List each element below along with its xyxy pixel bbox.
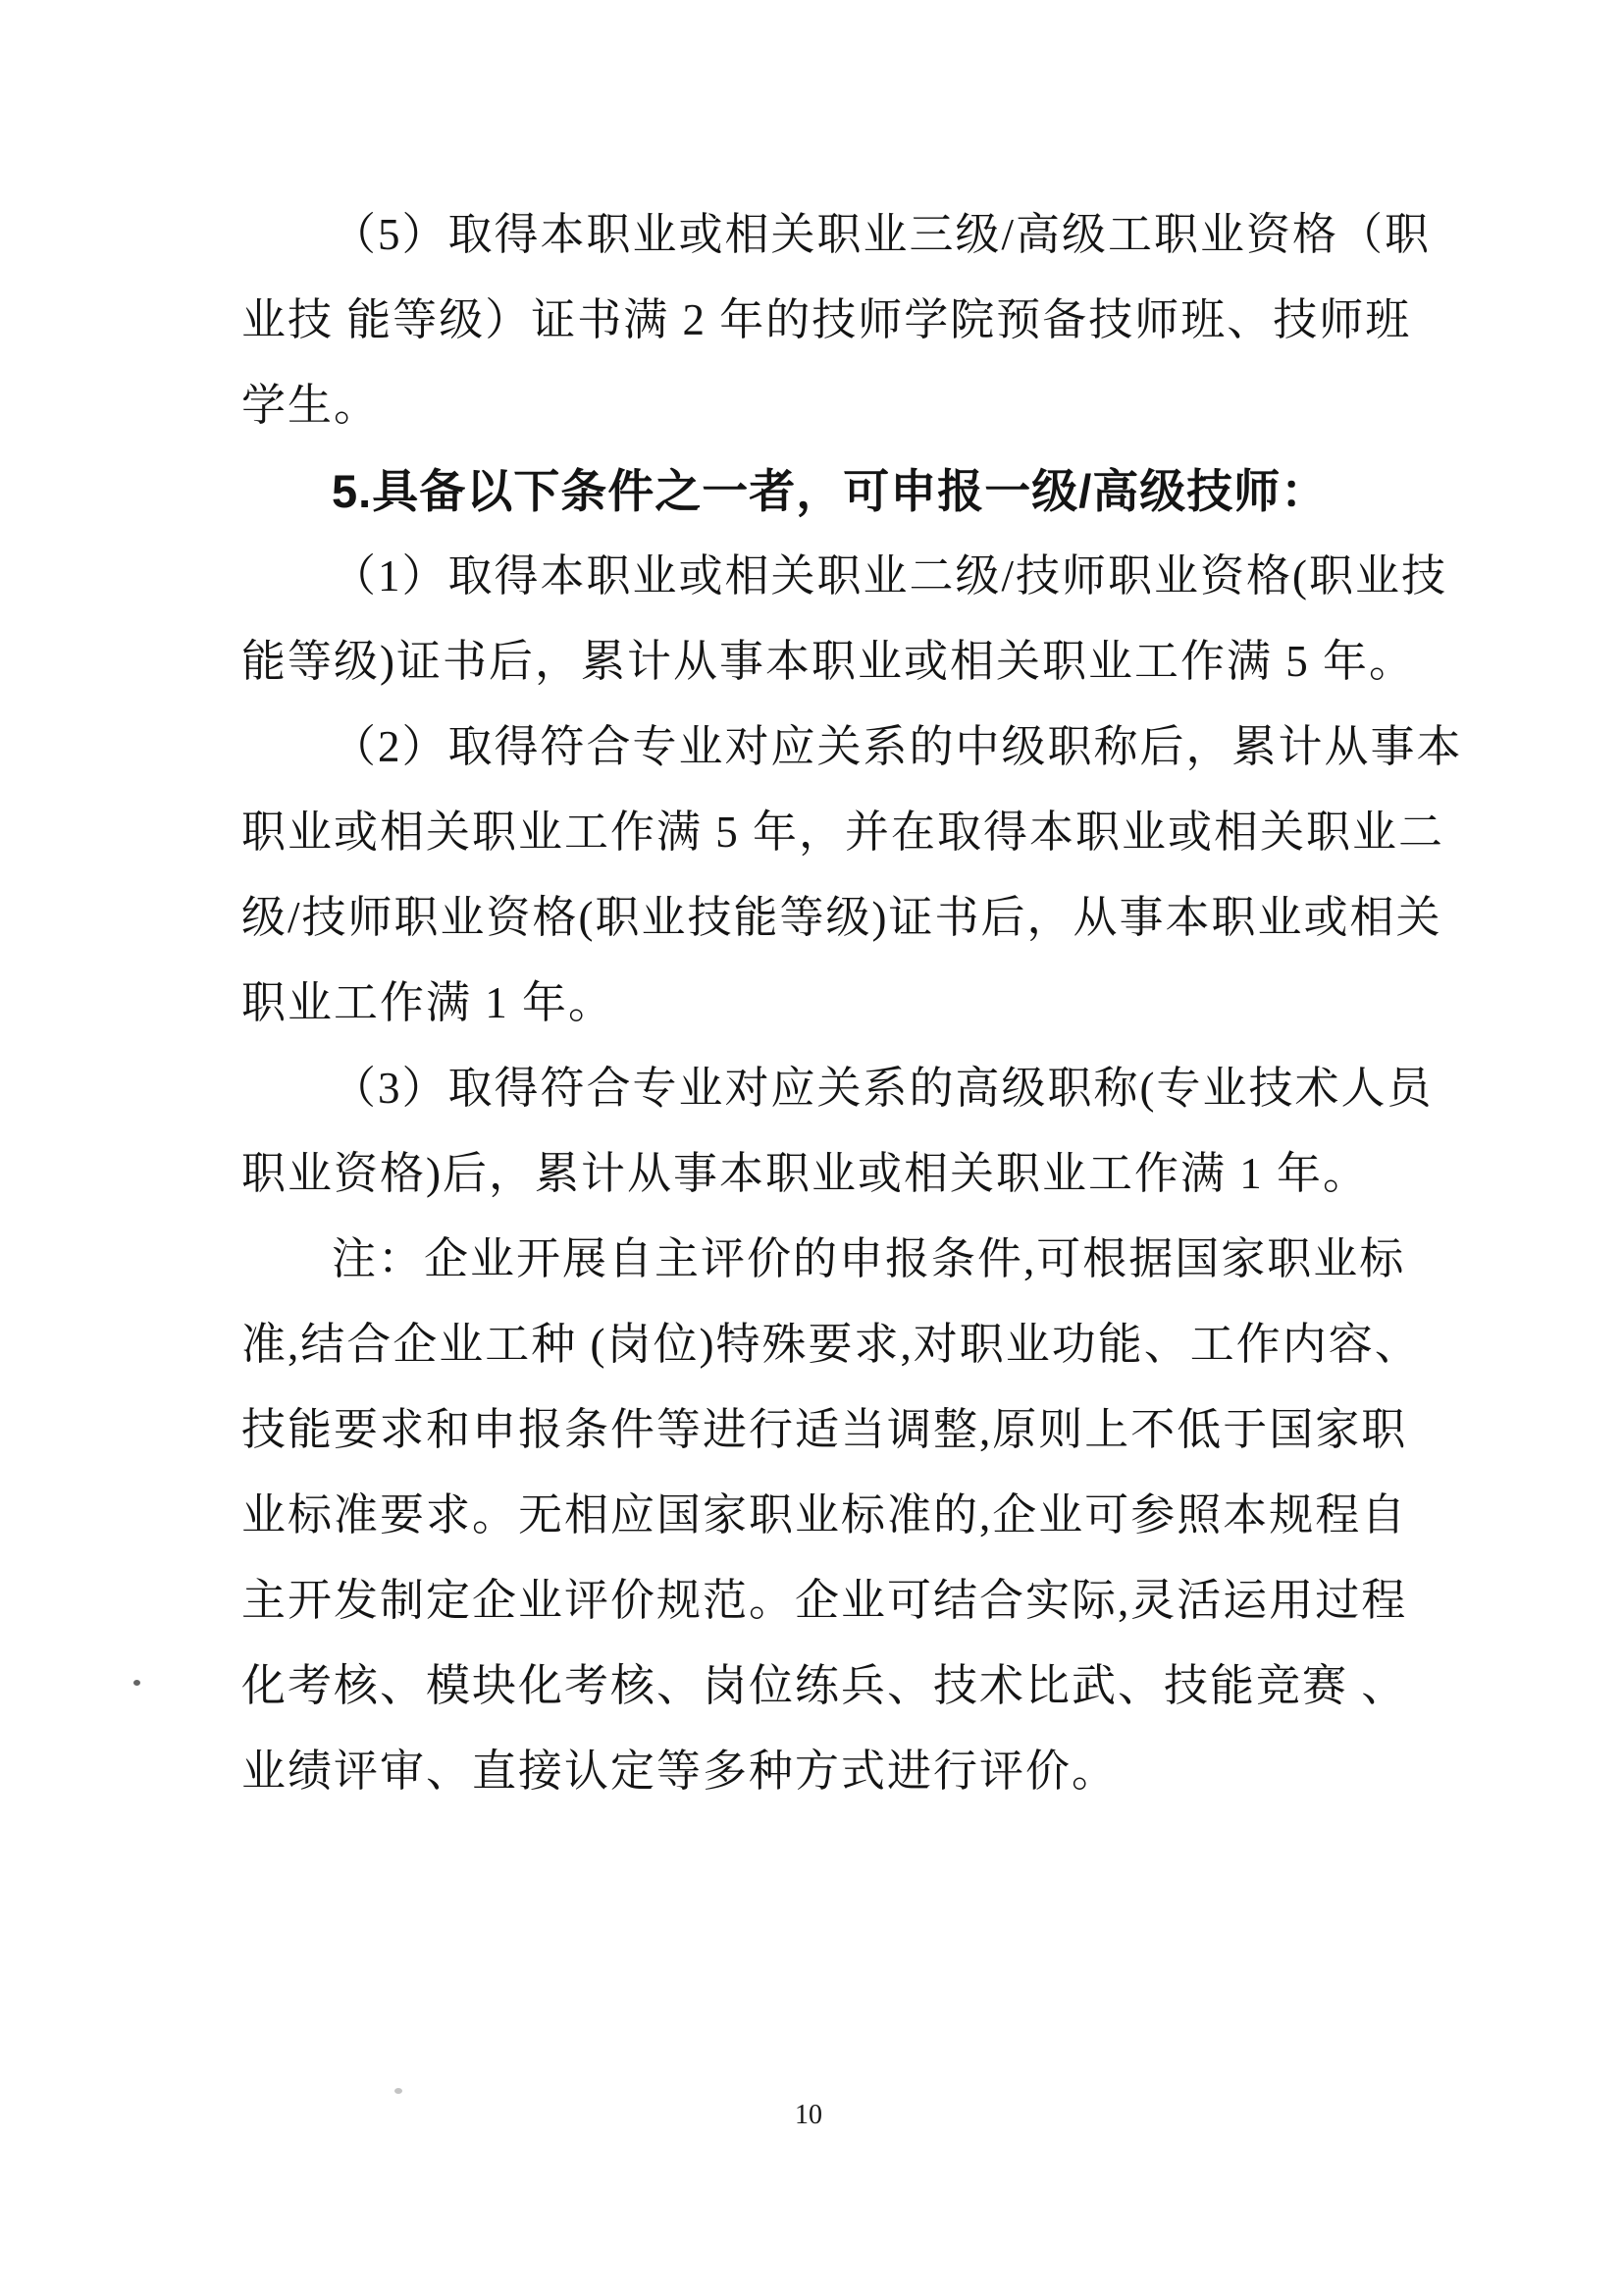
text-line: 业绩评审、直接认定等多种方式进行评价。 bbox=[241, 1729, 1376, 1814]
text-line: （2）取得符合专业对应关系的中级职称后，累计从事本 bbox=[241, 704, 1376, 790]
text-line: 职业或相关职业工作满 5 年，并在取得本职业或相关职业二 bbox=[241, 790, 1376, 875]
text-line: 职业资格)后，累计从事本职业或相关职业工作满 1 年。 bbox=[241, 1131, 1376, 1217]
text-line: 技能要求和申报条件等进行适当调整,原则上不低于国家职 bbox=[241, 1387, 1376, 1473]
text-line: 主开发制定企业评价规范。企业可结合实际,灵活运用过程 bbox=[241, 1558, 1376, 1644]
text-line: （1）取得本职业或相关职业二级/技师职业资格(职业技 bbox=[241, 534, 1376, 619]
text-line: 业标准要求。无相应国家职业标准的,企业可参照本规程自 bbox=[241, 1473, 1376, 1558]
text-line: 化考核、模块化考核、岗位练兵、技术比武、技能竞赛 、 bbox=[241, 1644, 1376, 1729]
text-block: （5）取得本职业或相关职业三级/高级工职业资格（职 业技 能等级）证书满 2 年… bbox=[241, 192, 1376, 1814]
text-line: 准,结合企业工种 (岗位)特殊要求,对职业功能、工作内容、 bbox=[241, 1302, 1376, 1387]
scan-artifact-dot bbox=[133, 1680, 140, 1686]
text-line: （5）取得本职业或相关职业三级/高级工职业资格（职 bbox=[241, 192, 1376, 278]
text-line: 学生。 bbox=[241, 363, 1376, 448]
document-page: （5）取得本职业或相关职业三级/高级工职业资格（职 业技 能等级）证书满 2 年… bbox=[0, 0, 1623, 2296]
text-line: （3）取得符合专业对应关系的高级职称(专业技术人员 bbox=[241, 1046, 1376, 1131]
page-number: 10 bbox=[241, 2088, 1376, 2143]
section-heading: 5.具备以下条件之一者，可申报一级/高级技师： bbox=[241, 448, 1376, 534]
text-line: 业技 能等级）证书满 2 年的技师学院预备技师班、技师班 bbox=[241, 278, 1376, 363]
scan-artifact-dot bbox=[394, 2088, 402, 2094]
text-line: 级/技师职业资格(职业技能等级)证书后，从事本职业或相关 bbox=[241, 875, 1376, 961]
text-line: 能等级)证书后，累计从事本职业或相关职业工作满 5 年。 bbox=[241, 619, 1376, 704]
text-line: 职业工作满 1 年。 bbox=[241, 961, 1376, 1046]
text-line: 注：企业开展自主评价的申报条件,可根据国家职业标 bbox=[241, 1217, 1376, 1302]
